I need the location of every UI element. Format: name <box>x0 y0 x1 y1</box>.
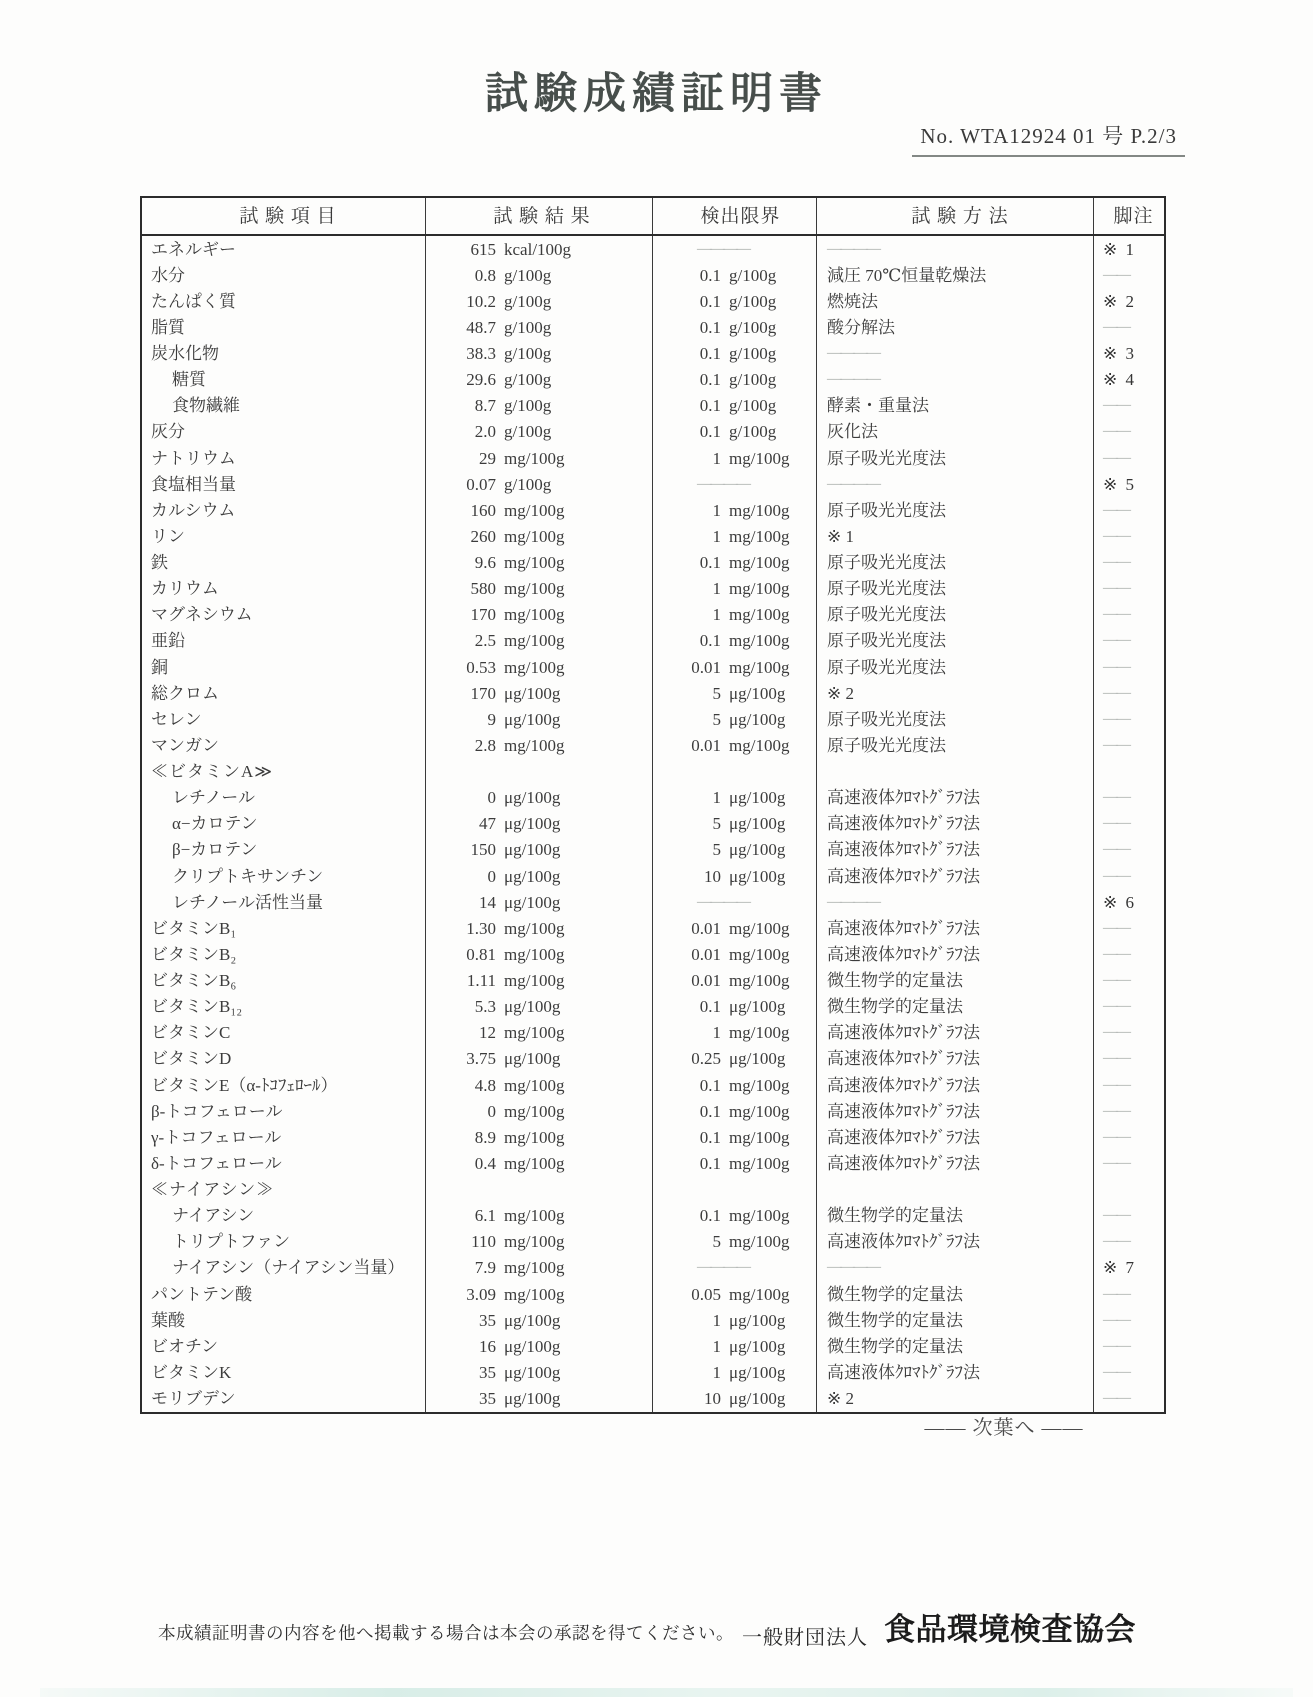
item-name-cell: 食塩相当量 <box>142 471 426 497</box>
limit-unit: g/100g <box>729 371 776 388</box>
result-value: 48.7 <box>432 319 496 336</box>
item-name-cell: ビタミンD <box>142 1046 426 1072</box>
table-row: エネルギー615kcal/100g————————※ 1 <box>142 236 1164 262</box>
item-name: ビタミンE（α-ﾄｺﾌｪﾛｰﾙ） <box>151 1077 337 1094</box>
result-cell: 1.11mg/100g <box>426 968 653 994</box>
method-name: 原子吸光光度法 <box>827 502 946 519</box>
item-name-cell: γ-トコフェロール <box>142 1124 426 1150</box>
detection-limit-cell: 0.05mg/100g <box>653 1281 817 1307</box>
method-cell <box>817 759 1094 785</box>
detection-limit-cell: 1μg/100g <box>653 785 817 811</box>
limit-unit: g/100g <box>729 293 776 310</box>
footnote-cell: —— <box>1094 628 1164 654</box>
no-footnote-dash: —— <box>1103 268 1129 283</box>
result-cell: 3.09mg/100g <box>426 1281 653 1307</box>
item-name-cell: ビタミンE（α-ﾄｺﾌｪﾛｰﾙ） <box>142 1072 426 1098</box>
footnote-cell: —— <box>1094 1281 1164 1307</box>
limit-value: 0.1 <box>665 293 721 310</box>
result-unit: mg/100g <box>504 632 564 649</box>
limit-unit: μg/100g <box>729 1338 785 1355</box>
limit-unit: mg/100g <box>729 1077 789 1094</box>
no-footnote-dash: —— <box>1103 973 1129 988</box>
method-name: 高速液体ｸﾛﾏﾄｸﾞﾗﾌ法 <box>827 920 980 937</box>
footnote-cell: —— <box>1094 811 1164 837</box>
result-unit: g/100g <box>504 293 551 310</box>
item-name-cell: ≪ビタミンA≫ <box>142 759 426 785</box>
table-row: クリプトキサンチン0μg/100g10μg/100g高速液体ｸﾛﾏﾄｸﾞﾗﾌ法—… <box>142 863 1164 889</box>
footnote-cell: —— <box>1094 785 1164 811</box>
limit-unit: μg/100g <box>729 711 785 728</box>
result-cell: 170μg/100g <box>426 680 653 706</box>
item-name: トリプトファン <box>151 1233 290 1250</box>
result-value: 0.07 <box>432 476 496 493</box>
result-value: 35 <box>432 1364 496 1381</box>
footnote-ref: ※ 1 <box>1103 241 1136 258</box>
result-value: 12 <box>432 1024 496 1041</box>
detection-limit-cell: 0.01mg/100g <box>653 915 817 941</box>
item-name: 葉酸 <box>151 1312 185 1329</box>
result-cell: 150μg/100g <box>426 837 653 863</box>
method-name: 高速液体ｸﾛﾏﾄｸﾞﾗﾌ法 <box>827 1233 980 1250</box>
item-name: γ-トコフェロール <box>151 1129 281 1146</box>
no-footnote-dash: —— <box>1103 581 1129 596</box>
result-unit: mg/100g <box>504 528 564 545</box>
detection-limit-cell: ———— <box>653 471 817 497</box>
column-header: 試 験 項 目 <box>142 198 426 234</box>
item-name-cell: β-トコフェロール <box>142 1098 426 1124</box>
limit-value: 1 <box>665 502 721 519</box>
method-name: 原子吸光光度法 <box>827 737 946 754</box>
detection-limit-cell: 1mg/100g <box>653 602 817 628</box>
limit-value: 0.1 <box>665 319 721 336</box>
result-unit: mg/100g <box>504 1024 564 1041</box>
no-footnote-dash: —— <box>1103 1313 1129 1328</box>
item-name-cell: ナイアシン（ナイアシン当量） <box>142 1255 426 1281</box>
item-name: セレン <box>151 711 202 728</box>
limit-unit: μg/100g <box>729 868 785 885</box>
document-number: No. WTA12924 01 号 P.2/3 <box>912 120 1185 157</box>
footnote-cell: —— <box>1094 550 1164 576</box>
detection-limit-cell: 0.1g/100g <box>653 288 817 314</box>
no-footnote-dash: —— <box>1103 607 1129 622</box>
footnote-ref: ※ 4 <box>1103 371 1136 388</box>
limit-unit: mg/100g <box>729 1024 789 1041</box>
footnote-cell: ※ 6 <box>1094 889 1164 915</box>
table-row: 脂質48.7g/100g0.1g/100g酸分解法—— <box>142 314 1164 340</box>
item-name: α−カロテン <box>151 815 258 832</box>
item-name: δ-トコフェロール <box>151 1155 282 1172</box>
result-cell: 0.8g/100g <box>426 262 653 288</box>
table-row: カルシウム160mg/100g1mg/100g原子吸光光度法—— <box>142 497 1164 523</box>
table-row: 水分0.8g/100g0.1g/100g減圧 70℃恒量乾燥法—— <box>142 262 1164 288</box>
no-footnote-dash: —— <box>1103 660 1129 675</box>
table-row: β-トコフェロール0mg/100g0.1mg/100g高速液体ｸﾛﾏﾄｸﾞﾗﾌ法… <box>142 1098 1164 1124</box>
result-unit: mg/100g <box>504 1129 564 1146</box>
method-name: 高速液体ｸﾛﾏﾄｸﾞﾗﾌ法 <box>827 1364 980 1381</box>
method-cell: ———— <box>817 341 1094 367</box>
result-cell: 4.8mg/100g <box>426 1072 653 1098</box>
no-value-dash: ———— <box>697 242 749 257</box>
method-name: 微生物学的定量法 <box>827 998 963 1015</box>
result-value: 2.0 <box>432 423 496 440</box>
method-cell: 高速液体ｸﾛﾏﾄｸﾞﾗﾌ法 <box>817 863 1094 889</box>
result-cell: 9.6mg/100g <box>426 550 653 576</box>
item-name: レチノール <box>151 789 255 806</box>
detection-limit-cell: 0.1g/100g <box>653 341 817 367</box>
limit-value: 0.1 <box>665 1207 721 1224</box>
limit-value: 5 <box>665 1233 721 1250</box>
result-value: 170 <box>432 685 496 702</box>
table-row: β−カロテン150μg/100g5μg/100g高速液体ｸﾛﾏﾄｸﾞﾗﾌ法—— <box>142 837 1164 863</box>
footnote-cell: —— <box>1094 654 1164 680</box>
footer-organization-name: 食品環境検査協会 <box>884 1604 1136 1649</box>
detection-limit-cell: 0.01mg/100g <box>653 732 817 758</box>
method-name: 高速液体ｸﾛﾏﾄｸﾞﾗﾌ法 <box>827 789 980 806</box>
detection-limit-cell: 0.1mg/100g <box>653 628 817 654</box>
limit-value: 0.01 <box>665 737 721 754</box>
item-name: 総クロム <box>151 685 219 702</box>
no-value-dash: ———— <box>827 477 879 492</box>
method-cell <box>817 1177 1094 1203</box>
no-footnote-dash: —— <box>1103 451 1129 466</box>
detection-limit-cell: 0.1mg/100g <box>653 1203 817 1229</box>
result-unit: μg/100g <box>504 711 560 728</box>
detection-limit-cell: 0.01mg/100g <box>653 654 817 680</box>
result-unit: mg/100g <box>504 920 564 937</box>
method-name: 高速液体ｸﾛﾏﾄｸﾞﾗﾌ法 <box>827 1024 980 1041</box>
result-cell: 6.1mg/100g <box>426 1203 653 1229</box>
footnote-cell: ※ 3 <box>1094 341 1164 367</box>
result-value: 14 <box>432 894 496 911</box>
result-value: 615 <box>432 241 496 258</box>
result-cell: 35μg/100g <box>426 1359 653 1385</box>
detection-limit-cell: 5μg/100g <box>653 706 817 732</box>
footnote-cell: —— <box>1094 1229 1164 1255</box>
footnote-cell: ※ 5 <box>1094 471 1164 497</box>
no-value-dash: ———— <box>827 346 879 361</box>
item-name: カリウム <box>151 580 219 597</box>
footnote-ref: ※ 5 <box>1103 476 1136 493</box>
table-row: ナトリウム29mg/100g1mg/100g原子吸光光度法—— <box>142 445 1164 471</box>
method-name: 酸分解法 <box>827 319 895 336</box>
result-cell: 47μg/100g <box>426 811 653 837</box>
item-name: クリプトキサンチン <box>151 868 323 885</box>
result-cell: 615kcal/100g <box>426 236 653 262</box>
no-footnote-dash: —— <box>1103 842 1129 857</box>
item-name: マグネシウム <box>151 606 253 623</box>
limit-unit: mg/100g <box>729 1129 789 1146</box>
limit-unit: g/100g <box>729 423 776 440</box>
footnote-cell: —— <box>1094 732 1164 758</box>
item-name-cell: 炭水化物 <box>142 341 426 367</box>
result-unit: mg/100g <box>504 737 564 754</box>
limit-value: 0.01 <box>665 659 721 676</box>
no-footnote-dash: —— <box>1103 1365 1129 1380</box>
limit-unit: mg/100g <box>729 606 789 623</box>
method-cell: 微生物学的定量法 <box>817 994 1094 1020</box>
no-footnote-dash: —— <box>1103 1051 1129 1066</box>
limit-value: 1 <box>665 606 721 623</box>
table-row: マグネシウム170mg/100g1mg/100g原子吸光光度法—— <box>142 602 1164 628</box>
limit-value: 0.1 <box>665 1129 721 1146</box>
item-name: モリブデン <box>151 1390 236 1407</box>
detection-limit-cell: 1mg/100g <box>653 497 817 523</box>
result-unit: mg/100g <box>504 606 564 623</box>
item-name-cell: 鉄 <box>142 550 426 576</box>
item-name-cell: ビタミンB₁ <box>142 915 426 941</box>
table-row: トリプトファン110mg/100g5mg/100g高速液体ｸﾛﾏﾄｸﾞﾗﾌ法—— <box>142 1229 1164 1255</box>
item-name-cell: 亜鉛 <box>142 628 426 654</box>
result-unit: g/100g <box>504 397 551 414</box>
column-header: 検出限界 <box>653 198 817 234</box>
method-cell: 原子吸光光度法 <box>817 654 1094 680</box>
item-name: ナトリウム <box>151 450 236 467</box>
result-cell: 38.3g/100g <box>426 341 653 367</box>
method-cell: ———— <box>817 367 1094 393</box>
method-name: 高速液体ｸﾛﾏﾄｸﾞﾗﾌ法 <box>827 1129 980 1146</box>
table-row: マンガン2.8mg/100g0.01mg/100g原子吸光光度法—— <box>142 732 1164 758</box>
detection-limit-cell: 0.01mg/100g <box>653 941 817 967</box>
table-row: 鉄9.6mg/100g0.1mg/100g原子吸光光度法—— <box>142 550 1164 576</box>
method-cell: 高速液体ｸﾛﾏﾄｸﾞﾗﾌ法 <box>817 811 1094 837</box>
footnote-ref: ※ 3 <box>1103 345 1136 362</box>
method-name: ※ 1 <box>827 528 854 545</box>
result-unit: mg/100g <box>504 502 564 519</box>
no-footnote-dash: —— <box>1103 1339 1129 1354</box>
result-cell: 0mg/100g <box>426 1098 653 1124</box>
footnote-cell: —— <box>1094 680 1164 706</box>
method-cell: ———— <box>817 889 1094 915</box>
method-cell: 微生物学的定量法 <box>817 1307 1094 1333</box>
item-name: リン <box>151 528 185 545</box>
no-footnote-dash: —— <box>1103 1287 1129 1302</box>
limit-unit: mg/100g <box>729 1103 789 1120</box>
footnote-cell: —— <box>1094 1203 1164 1229</box>
table-row: たんぱく質10.2g/100g0.1g/100g燃焼法※ 2 <box>142 288 1164 314</box>
result-value: 16 <box>432 1338 496 1355</box>
item-name-cell: ≪ナイアシン≫ <box>142 1177 426 1203</box>
result-cell: 35μg/100g <box>426 1307 653 1333</box>
footnote-cell: —— <box>1094 1333 1164 1359</box>
result-unit: g/100g <box>504 267 551 284</box>
results-table: 試 験 項 目試 験 結 果検出限界試 験 方 法脚注 エネルギー615kcal… <box>140 196 1166 1414</box>
result-unit: g/100g <box>504 476 551 493</box>
method-cell: 原子吸光光度法 <box>817 706 1094 732</box>
limit-unit: mg/100g <box>729 554 789 571</box>
method-name: 酵素・重量法 <box>827 397 929 414</box>
result-value: 1.30 <box>432 920 496 937</box>
result-cell: 160mg/100g <box>426 497 653 523</box>
limit-value: 0.1 <box>665 397 721 414</box>
footnote-cell: —— <box>1094 1046 1164 1072</box>
method-cell: 微生物学的定量法 <box>817 1333 1094 1359</box>
method-cell: 原子吸光光度法 <box>817 497 1094 523</box>
item-name-cell: カルシウム <box>142 497 426 523</box>
detection-limit-cell: 1mg/100g <box>653 523 817 549</box>
result-cell: 9μg/100g <box>426 706 653 732</box>
result-cell: 8.7g/100g <box>426 393 653 419</box>
no-footnote-dash: —— <box>1103 790 1129 805</box>
item-name-cell: クリプトキサンチン <box>142 863 426 889</box>
item-name: ビタミンB₁ <box>151 920 236 937</box>
result-value: 35 <box>432 1390 496 1407</box>
result-cell: 48.7g/100g <box>426 314 653 340</box>
result-cell: 16μg/100g <box>426 1333 653 1359</box>
limit-value: 0.1 <box>665 1103 721 1120</box>
no-value-dash: ———— <box>827 372 879 387</box>
method-cell: 微生物学的定量法 <box>817 1281 1094 1307</box>
result-unit: mg/100g <box>504 1259 564 1276</box>
detection-limit-cell: 10μg/100g <box>653 863 817 889</box>
method-name: 原子吸光光度法 <box>827 554 946 571</box>
method-cell: 原子吸光光度法 <box>817 445 1094 471</box>
detection-limit-cell <box>653 759 817 785</box>
footnote-cell: —— <box>1094 1359 1164 1385</box>
method-cell: 高速液体ｸﾛﾏﾄｸﾞﾗﾌ法 <box>817 1072 1094 1098</box>
method-name: 燃焼法 <box>827 293 878 310</box>
scan-artifact-band <box>40 1688 1293 1697</box>
result-unit: mg/100g <box>504 1286 564 1303</box>
item-name-cell: ビタミンC <box>142 1020 426 1046</box>
no-footnote-dash: —— <box>1103 712 1129 727</box>
no-footnote-dash: —— <box>1103 398 1129 413</box>
item-name-cell: モリブデン <box>142 1386 426 1412</box>
result-value: 0 <box>432 789 496 806</box>
item-name: カルシウム <box>151 502 235 519</box>
method-cell: 灰化法 <box>817 419 1094 445</box>
item-name: 鉄 <box>151 554 168 571</box>
result-unit: μg/100g <box>504 1338 560 1355</box>
item-name: ナイアシン（ナイアシン当量） <box>151 1259 404 1276</box>
limit-value: 1 <box>665 580 721 597</box>
limit-value: 1 <box>665 789 721 806</box>
limit-value: 1 <box>665 1338 721 1355</box>
no-value-dash: ———— <box>697 1260 749 1275</box>
detection-limit-cell: 5μg/100g <box>653 680 817 706</box>
method-name: 高速液体ｸﾛﾏﾄｸﾞﾗﾌ法 <box>827 1155 980 1172</box>
item-name-cell: 脂質 <box>142 314 426 340</box>
footnote-cell: —— <box>1094 1072 1164 1098</box>
no-footnote-dash: —— <box>1103 503 1129 518</box>
result-value: 0 <box>432 868 496 885</box>
item-name-cell: セレン <box>142 706 426 732</box>
method-name: 減圧 70℃恒量乾燥法 <box>827 267 986 284</box>
result-value: 0 <box>432 1103 496 1120</box>
footnote-cell: —— <box>1094 1124 1164 1150</box>
result-cell: 0μg/100g <box>426 785 653 811</box>
item-name-cell: トリプトファン <box>142 1229 426 1255</box>
limit-value: 10 <box>665 868 721 885</box>
result-cell: 2.5mg/100g <box>426 628 653 654</box>
footnote-cell: —— <box>1094 262 1164 288</box>
table-row: 銅0.53mg/100g0.01mg/100g原子吸光光度法—— <box>142 654 1164 680</box>
limit-value: 5 <box>665 711 721 728</box>
result-value: 2.5 <box>432 632 496 649</box>
limit-value: 0.01 <box>665 972 721 989</box>
footnote-cell: ※ 7 <box>1094 1255 1164 1281</box>
result-cell: 0.81mg/100g <box>426 941 653 967</box>
method-cell: 高速液体ｸﾛﾏﾄｸﾞﾗﾌ法 <box>817 1150 1094 1176</box>
item-name-cell: エネルギー <box>142 236 426 262</box>
item-name-cell: β−カロテン <box>142 837 426 863</box>
method-name: ※ 2 <box>827 685 854 702</box>
result-cell: 110mg/100g <box>426 1229 653 1255</box>
method-cell: 高速液体ｸﾛﾏﾄｸﾞﾗﾌ法 <box>817 1046 1094 1072</box>
no-footnote-dash: —— <box>1103 921 1129 936</box>
item-name-cell: リン <box>142 523 426 549</box>
method-cell: 高速液体ｸﾛﾏﾄｸﾞﾗﾌ法 <box>817 1359 1094 1385</box>
table-row: カリウム580mg/100g1mg/100g原子吸光光度法—— <box>142 576 1164 602</box>
result-unit: g/100g <box>504 371 551 388</box>
detection-limit-cell: 0.25μg/100g <box>653 1046 817 1072</box>
item-name: ナイアシン <box>151 1207 254 1224</box>
result-cell: 0μg/100g <box>426 863 653 889</box>
method-name: 微生物学的定量法 <box>827 1338 963 1355</box>
result-cell <box>426 1177 653 1203</box>
limit-value: 1 <box>665 450 721 467</box>
limit-unit: μg/100g <box>729 815 785 832</box>
footnote-cell: —— <box>1094 393 1164 419</box>
method-name: 高速液体ｸﾛﾏﾄｸﾞﾗﾌ法 <box>827 946 980 963</box>
detection-limit-cell: 0.1mg/100g <box>653 1124 817 1150</box>
detection-limit-cell: 1μg/100g <box>653 1307 817 1333</box>
table-header-row: 試 験 項 目試 験 結 果検出限界試 験 方 法脚注 <box>142 198 1164 236</box>
detection-limit-cell: 1mg/100g <box>653 445 817 471</box>
item-name-cell: ナイアシン <box>142 1203 426 1229</box>
limit-unit: μg/100g <box>729 1312 785 1329</box>
method-name: 微生物学的定量法 <box>827 1286 963 1303</box>
table-body: エネルギー615kcal/100g————————※ 1水分0.8g/100g0… <box>142 236 1164 1412</box>
method-name: 高速液体ｸﾛﾏﾄｸﾞﾗﾌ法 <box>827 1077 980 1094</box>
no-value-dash: ———— <box>697 895 749 910</box>
item-name: ビタミンK <box>151 1364 231 1381</box>
item-name: 灰分 <box>151 423 185 440</box>
item-name-cell: 総クロム <box>142 680 426 706</box>
footnote-ref: ※ 6 <box>1103 894 1136 911</box>
table-row: モリブデン35μg/100g10μg/100g※ 2—— <box>142 1386 1164 1412</box>
limit-unit: μg/100g <box>729 998 785 1015</box>
footnote-cell: —— <box>1094 941 1164 967</box>
item-name: ≪ナイアシン≫ <box>151 1181 274 1198</box>
detection-limit-cell: 0.1g/100g <box>653 314 817 340</box>
method-name: 微生物学的定量法 <box>827 1207 963 1224</box>
table-row: ビオチン16μg/100g1μg/100g微生物学的定量法—— <box>142 1333 1164 1359</box>
limit-unit: mg/100g <box>729 1207 789 1224</box>
limit-value: 0.1 <box>665 423 721 440</box>
result-value: 8.7 <box>432 397 496 414</box>
limit-unit: mg/100g <box>729 580 789 597</box>
table-row: ≪ビタミンA≫ <box>142 759 1164 785</box>
result-unit: μg/100g <box>504 1050 560 1067</box>
detection-limit-cell: 0.1g/100g <box>653 393 817 419</box>
table-row: 総クロム170μg/100g5μg/100g※ 2—— <box>142 680 1164 706</box>
no-footnote-dash: —— <box>1103 947 1129 962</box>
table-row: δ-トコフェロール0.4mg/100g0.1mg/100g高速液体ｸﾛﾏﾄｸﾞﾗ… <box>142 1150 1164 1176</box>
table-row: ナイアシン（ナイアシン当量）7.9mg/100g————————※ 7 <box>142 1255 1164 1281</box>
result-value: 29 <box>432 450 496 467</box>
item-name-cell: 葉酸 <box>142 1307 426 1333</box>
table-row: ビタミンE（α-ﾄｺﾌｪﾛｰﾙ）4.8mg/100g0.1mg/100g高速液体… <box>142 1072 1164 1098</box>
result-value: 1.11 <box>432 972 496 989</box>
item-name: ビタミンB₁₂ <box>151 998 242 1015</box>
footnote-cell: —— <box>1094 497 1164 523</box>
result-value: 5.3 <box>432 998 496 1015</box>
method-cell: ———— <box>817 236 1094 262</box>
result-unit: mg/100g <box>504 1207 564 1224</box>
method-cell: 原子吸光光度法 <box>817 602 1094 628</box>
limit-unit: mg/100g <box>729 502 789 519</box>
result-unit: mg/100g <box>504 1155 564 1172</box>
